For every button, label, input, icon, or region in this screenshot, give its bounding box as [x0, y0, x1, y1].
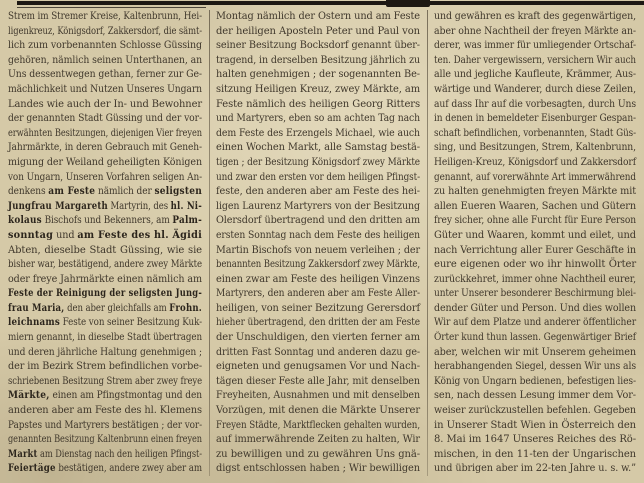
text-line: Jahrmärkte, in deren Gebrauch mit Geneh-	[8, 141, 184, 156]
column-2: Montag nämlich der Ostern und am Festede…	[216, 10, 420, 483]
text-line: Martyrers, den anderen aber am Feste All…	[216, 287, 402, 302]
text-line: in Unserer Stadt Wien in Österreich den	[434, 419, 636, 434]
column-1: Strem im Stremer Kreise, Kaltenbrunn, He…	[8, 10, 202, 483]
text-line: unter Unserer besonderer Beschirmung ble…	[434, 287, 616, 302]
text-line: schaft befindlichen, vorbenannten, Stadt…	[434, 127, 612, 142]
text-line: Markt am Dienstag nach den heiligen Pfin…	[8, 448, 169, 463]
text-line: Papstes und Martyrers bestätigen ; der v…	[8, 419, 181, 434]
text-line: wärtige und Wanderer, durch diese Zeilen…	[434, 83, 626, 98]
article-columns: Strem im Stremer Kreise, Kaltenbrunn, He…	[8, 10, 642, 483]
text-line: genannt, auf vorerwähnte Art immerwähren…	[434, 171, 613, 186]
text-line: tigen ; der Besitzung Königsdorf zwey Mä…	[216, 156, 398, 171]
text-line: seiner Besitzung Bocksdorf genannt über-	[216, 39, 414, 54]
text-line: halten genehmigen ; der sogenannten Be-	[216, 68, 415, 83]
text-line: feste, den anderen aber am Feste des hei…	[216, 185, 415, 200]
text-line: und deren jährliche Haltung genehmigen ;	[8, 346, 185, 361]
text-line: sen, nach dessen Lesung immer dem Vor-	[434, 389, 631, 404]
text-line: Vorzügen, mit denen die Märkte Unserer	[216, 404, 419, 419]
text-line: dem Feste des Erzengels Michael, wie auc…	[216, 127, 407, 142]
text-line: aber ohne Nachtheil der freyen Märkte an…	[434, 25, 624, 40]
text-line: mischen, in den 11-ten der Ungarischen	[434, 448, 636, 463]
text-line: Abten, dieselbe Stadt Güssing, wie sie	[8, 244, 202, 259]
text-line: Montag nämlich der Ostern und am Feste	[216, 10, 416, 25]
text-line: zu bewilligen und zu gewähren Uns gnä-	[216, 448, 420, 463]
text-line: zurückkehret, immer ohne Nachtheil eurer…	[434, 273, 622, 288]
text-line: sing, und Besitzungen, Strem, Kaltenbrun…	[434, 141, 621, 156]
text-line: mächlichkeit und Nutzen Unseres Ungarn	[8, 83, 187, 98]
text-line: tragend, in derselben Besitzung jährlich…	[216, 54, 410, 69]
text-line: allen Eueren Waaren, Sachen und Gütern	[434, 200, 631, 215]
text-line: Freyen Städte, Marktflecken gehalten wur…	[216, 419, 394, 434]
column-divider-2	[427, 10, 428, 476]
text-line: einen Wochen Markt, alle Samstag bestä-	[216, 141, 417, 156]
text-line: derer, was immer für umliegender Ortscha…	[434, 39, 619, 54]
text-line: gehören, nämlich seinen Unterthanen, an	[8, 54, 189, 69]
text-line: einen zwar am Feste des heiligen Vinzens	[216, 273, 416, 288]
top-rule-ink-blot	[386, 0, 430, 7]
text-line: miern genannt, in dieselbe Stadt übertra…	[8, 331, 177, 346]
text-line: Feiertäge bestätigen, andere zwey aber a…	[8, 462, 176, 477]
text-line: Landes wie auch der In- und Bewohner	[8, 98, 200, 113]
text-line: Märkte, einen am Pfingstmontag und den	[8, 389, 184, 404]
text-line: leichnams Feste von seiner Besitzung Kuk…	[8, 316, 177, 331]
text-line: ten. Daher vergewissern, versichern Wir …	[434, 54, 612, 69]
text-line: König von Ungarn bedienen, befestigen li…	[434, 375, 619, 390]
text-line: schriebenen Besitzung Strem aber zwey fr…	[8, 375, 172, 390]
text-line: Olersdorf übertragend und den dritten am	[216, 214, 413, 229]
text-line: kolaus Bischofs und Bekenners, am Palm-	[8, 214, 180, 229]
text-line: sonntag und am Feste des hl. Ägidi	[8, 229, 196, 244]
text-line: Feste nämlich des heiligen Georg Ritters	[216, 98, 420, 113]
text-line: ligenkreuz, Königsdorf, Zakkersdorf, die…	[8, 25, 171, 40]
text-line: oder freye Jahrmärkte einen nämlich am	[8, 273, 194, 288]
column-divider-1	[209, 10, 210, 476]
top-rule	[17, 1, 644, 5]
text-line: alle und jegliche Kaufleute, Krämmer, Au…	[434, 68, 625, 83]
text-line: Heiligen-Kreuz, Königsdorf und Zakkersdo…	[434, 156, 619, 171]
text-line: sitzung Heiligen Kreuz, zwey Märkte, am	[216, 83, 418, 98]
text-line: frau Maria, den aber gleichfalls am Froh…	[8, 302, 174, 317]
text-line: Martin Bischofs von neuem verleihen ; de…	[216, 244, 412, 259]
text-line: der Unschuldigen, den vierten ferner am	[216, 331, 420, 346]
text-line: Uns dessentwegen gethan, ferner zur Ge-	[8, 68, 189, 83]
text-line: Güter und Waaren, kommt und eilet, und	[434, 229, 634, 244]
text-line: Feste der Reinigung der seligsten Jung-	[8, 287, 170, 302]
text-line: zu halten genehmigten freyen Märkte mit	[434, 185, 630, 200]
text-line: anderen aber am Feste des hl. Klemens	[8, 404, 199, 419]
text-line: ligen Laurenz Martyrers von der Besitzun…	[216, 200, 410, 215]
text-line: dritten Fast Sonntag und anderen dazu ge…	[216, 346, 410, 361]
text-line: nach Verrichtung aller Eurer Geschäfte i…	[434, 244, 629, 259]
text-line: genannten Besitzung Kaltenbrunn einen fr…	[8, 433, 167, 448]
text-line: digst entschlossen haben ; Wir bewillige…	[216, 462, 417, 477]
text-line: 8. Mai im 1647 Unseres Reiches des Rö-	[434, 433, 636, 448]
text-line: der genannten Stadt Güssing und der vor-	[8, 112, 187, 127]
text-line: eure eigenen oder wo ihr hinwollt Örter	[434, 258, 636, 273]
text-line: lich zum vorbenannten Schlosse Güssing	[8, 39, 192, 54]
text-line: und Martyrers, eben so am achten Tag nac…	[216, 112, 405, 127]
text-line: Wir auf dem Platze und anderer öffentlic…	[434, 316, 619, 331]
text-line: migung der Weiland geheiligten Königen	[8, 156, 193, 171]
text-line: tägen dieser Feste alle Jahr, mit densel…	[216, 375, 412, 390]
text-line: denkens am Feste nämlich der seligsten	[8, 185, 183, 200]
text-line: der heiligen Aposteln Peter und Paul von	[216, 25, 420, 40]
text-line: von Ungarn, Unseren Vorfahren seligen An…	[8, 171, 180, 186]
column-3: und gewähren es kraft des gegenwärtigen,…	[434, 10, 636, 483]
text-line: frey sicher, ohne alle Furcht für Eure P…	[434, 214, 618, 229]
text-line: Jungfrau Margareth Martyrin, des hl. Ni-	[8, 200, 173, 215]
text-line: herabhangenden Siegel, dessen Wir uns al…	[434, 360, 621, 375]
text-line: der im Bezirk Strem befindlichen vorbe-	[8, 360, 196, 375]
text-line: auf immerwährende Zeiten zu halten, Wir	[216, 433, 415, 448]
text-line: Strem im Stremer Kreise, Kaltenbrunn, He…	[8, 10, 179, 25]
text-line: dender Güter und Person. Und dies wollen	[434, 302, 626, 317]
text-line: eigneten und genugsamen Vor und Nach-	[216, 360, 417, 375]
text-line: und übrigen aber im 22-ten Jahre u. s. w…	[434, 462, 629, 477]
text-line: und zwar den ersten vor dem heiligen Pfi…	[216, 171, 397, 186]
text-line: und gewähren es kraft des gegenwärtigen,	[434, 10, 625, 25]
text-line: in denen in bemeldeter Eisenburger Gespa…	[434, 112, 616, 127]
text-line: auf dass Ihr auf die vorbesagten, durch …	[434, 98, 620, 113]
text-line: ersten Sonntag nach dem Feste des heilig…	[216, 229, 404, 244]
text-line: benannten Besitzung Zakkersdorf zwey Mär…	[216, 258, 390, 273]
text-line: heiligen, von seiner Bezitzung Gerersdor…	[216, 302, 416, 317]
newspaper-page: Strem im Stremer Kreise, Kaltenbrunn, He…	[0, 0, 644, 483]
text-line: aber, welchen wir mit Unserem geheimen	[434, 346, 630, 361]
text-line: Freyheiten, Ausnahmen und mit denselben	[216, 389, 410, 404]
text-line: bisher war, bestätigend, andere zwey Mär…	[8, 258, 175, 273]
text-line: weiser zurückzustellen befehlen. Gegeben	[434, 404, 627, 419]
text-line: Örter kund thun lassen. Gegenwärtiger Br…	[434, 331, 616, 346]
text-line: erwähnten Besitzungen, diejenigen Vier f…	[8, 127, 168, 142]
text-line: hieher übertragend, den dritten der am F…	[216, 316, 399, 331]
top-rule-thin	[17, 7, 206, 8]
